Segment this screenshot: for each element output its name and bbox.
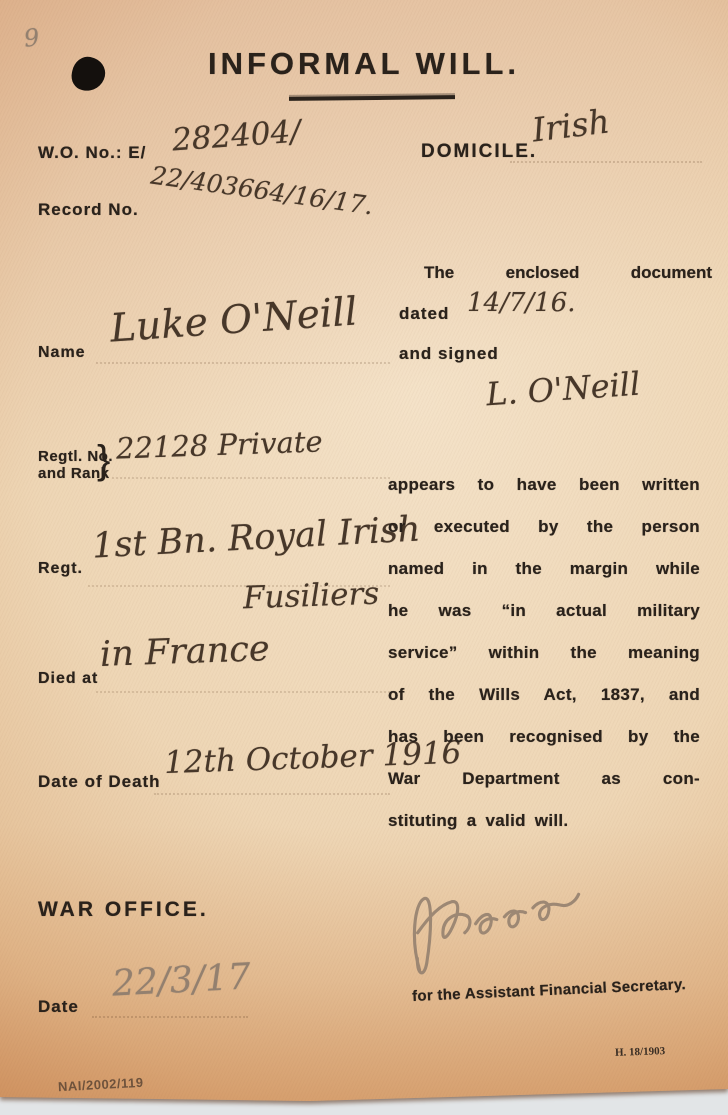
- died-at-label: Died at: [38, 670, 98, 688]
- declaration-line: service” within the meaning: [388, 632, 700, 674]
- and-signed-label: and signed: [399, 344, 499, 364]
- died-at-rule: [96, 691, 390, 693]
- paper-sheet: 9 INFORMAL WILL. W.O. No.: E/ 282404/ DO…: [0, 0, 728, 1115]
- regt-label: Regt.: [38, 560, 83, 578]
- declaration: appears to have been writtenor executed …: [388, 464, 700, 842]
- name-rule: [96, 362, 390, 364]
- dated-label: dated: [399, 304, 449, 324]
- name-value: Luke O'Neill: [109, 289, 359, 351]
- declaration-line: has been recognised by the: [388, 716, 700, 758]
- regtl-no-rank-value: 22128 Private: [115, 424, 323, 465]
- official-signature: [393, 864, 618, 991]
- date-label: Date: [38, 997, 79, 1017]
- wo-no-label: W.O. No.: E/: [38, 143, 146, 163]
- regt-value-line1: 1st Bn. Royal Irish: [91, 509, 421, 566]
- record-no-label: Record No.: [38, 200, 139, 220]
- archive-reference: NAI/2002/119: [58, 1075, 144, 1094]
- declaration-line: War Department as con-: [388, 758, 700, 800]
- date-of-death-rule: [154, 793, 390, 795]
- declaration-line: or executed by the person: [388, 506, 700, 548]
- regt-value-line2: Fusiliers: [242, 576, 379, 617]
- title-underline: [289, 95, 455, 101]
- war-office-heading: WAR OFFICE.: [38, 898, 209, 922]
- declaration-line: of the Wills Act, 1837, and: [388, 674, 700, 716]
- declaration-line: stituting a valid will.: [388, 800, 700, 842]
- signed-value: L. O'Neill: [485, 365, 642, 414]
- dated-value: 14/7/16.: [467, 288, 576, 318]
- date-rule: [92, 1016, 248, 1018]
- declaration-line: he was “in actual military: [388, 590, 700, 632]
- domicile-label: DOMICILE.: [421, 141, 537, 163]
- wo-no-value: 282404/: [171, 114, 302, 159]
- date-of-death-label: Date of Death: [38, 772, 161, 792]
- domicile-rule: [510, 161, 702, 163]
- regtl-rule: [112, 477, 390, 479]
- enclosed-intro: The enclosed document: [424, 263, 712, 283]
- record-no-value: 22/403664/16/17.: [149, 161, 375, 221]
- scanned-page: 9 INFORMAL WILL. W.O. No.: E/ 282404/ DO…: [0, 0, 728, 1115]
- declaration-line: appears to have been written: [388, 464, 700, 506]
- page-title: INFORMAL WILL.: [0, 46, 728, 82]
- declaration-line: named in the margin while: [388, 548, 700, 590]
- died-at-value: in France: [99, 629, 270, 675]
- name-label: Name: [38, 344, 86, 362]
- form-reference: H. 18/1903: [615, 1045, 666, 1059]
- date-value: 22/3/17: [111, 956, 252, 1004]
- domicile-value: Irish: [530, 101, 612, 149]
- regtl-brace: }: [97, 438, 110, 483]
